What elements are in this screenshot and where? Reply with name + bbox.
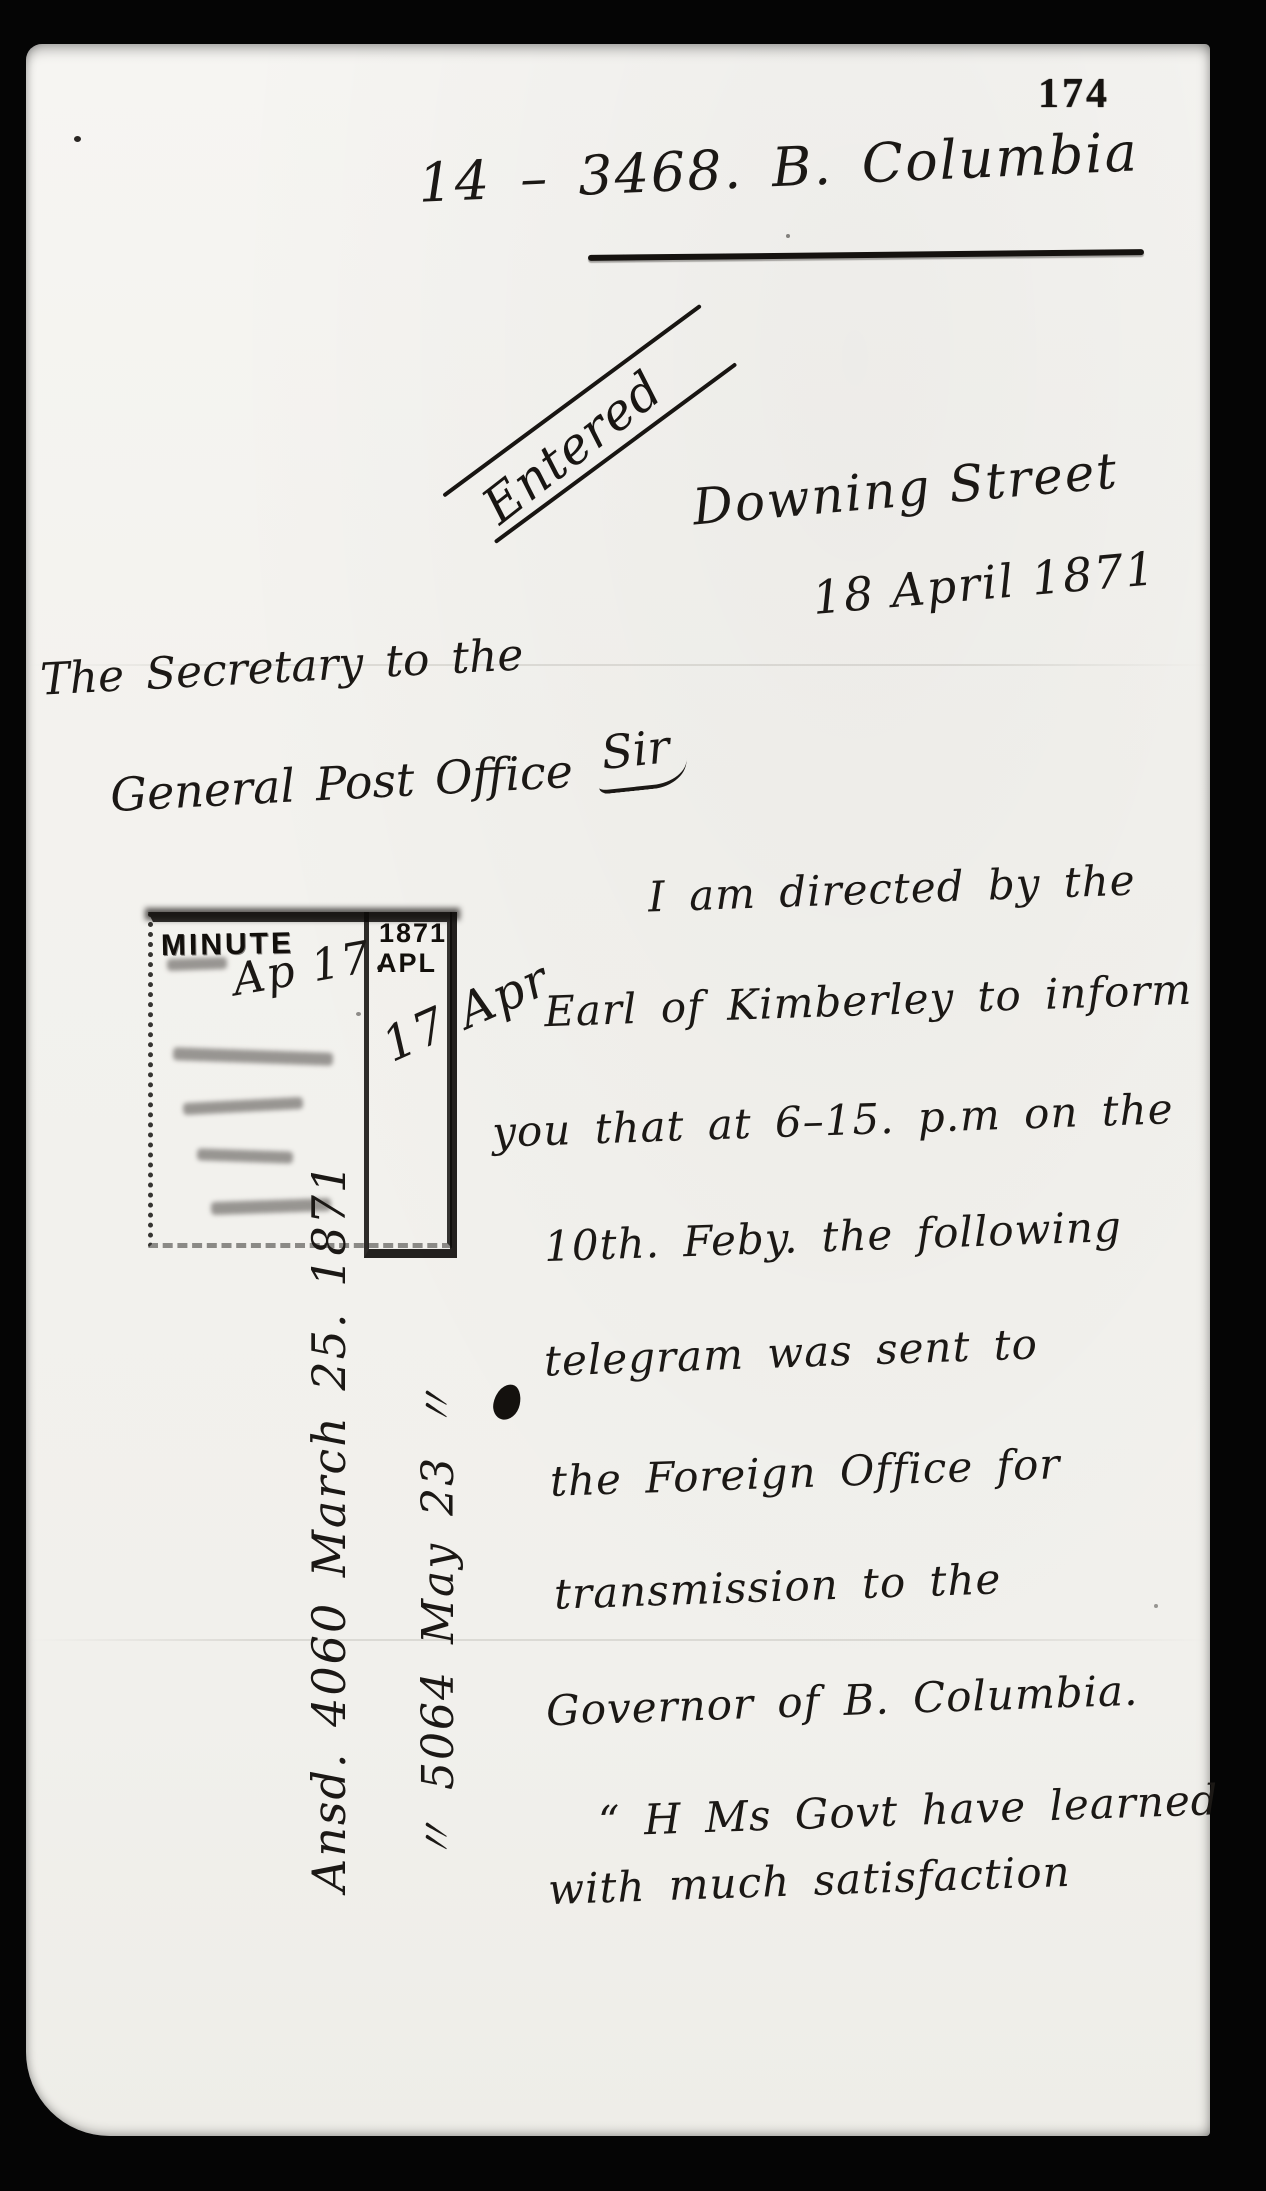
body-line: you that at 6–15. p.m on the [491, 1084, 1174, 1157]
stamp-smudge [197, 1148, 293, 1163]
body-line: the Foreign Office for [549, 1439, 1061, 1506]
marginalia-second-note: 〃 5064 May 23 〃 [402, 1287, 466, 1862]
entered-text: Entered [471, 336, 704, 536]
dateline-date: 18 April 1871 [810, 541, 1158, 625]
docket-reference: 14 – 3468. B. Columbia [417, 120, 1140, 214]
stamp-year: 1871 [379, 918, 447, 949]
entered-docket: Entered [444, 301, 733, 573]
stamp-smudge [173, 1047, 333, 1066]
docket-underline [588, 249, 1144, 261]
dateline-place: Downing Street [690, 442, 1120, 537]
ink-speck [786, 234, 790, 238]
body-line: “ H Ms Govt have learned [597, 1775, 1219, 1846]
body-line: Earl of Kimberley to inform [543, 965, 1193, 1037]
folio-page-number: 174 [1038, 70, 1110, 118]
marginalia-answered-note: Ansd. 4060 March 25. 1871 [302, 1242, 356, 1892]
stamp-smudge [167, 957, 227, 971]
salutation: Sir [593, 717, 690, 794]
recipient-line-2: General Post Office [109, 744, 574, 822]
body-line: with much satisfaction [547, 1847, 1071, 1914]
body-line: telegram was sent to [543, 1319, 1038, 1385]
stamp-smudge [183, 1097, 303, 1115]
letter-paper: 174 14 – 3468. B. Columbia Entered Downi… [26, 44, 1210, 2136]
recipient-line-1: The Secretary to the [39, 629, 525, 705]
ink-blot [491, 1382, 524, 1423]
body-line: 10th. Feby. the following [543, 1202, 1122, 1271]
body-line: I am directed by the [647, 856, 1136, 922]
paper-crease [26, 1639, 1210, 1641]
ink-speck [1154, 1604, 1158, 1608]
scan-background: 174 14 – 3468. B. Columbia Entered Downi… [0, 0, 1266, 2191]
body-line: Governor of B. Columbia. [545, 1666, 1139, 1736]
ink-speck [74, 136, 81, 142]
body-line: transmission to the [553, 1554, 1002, 1619]
